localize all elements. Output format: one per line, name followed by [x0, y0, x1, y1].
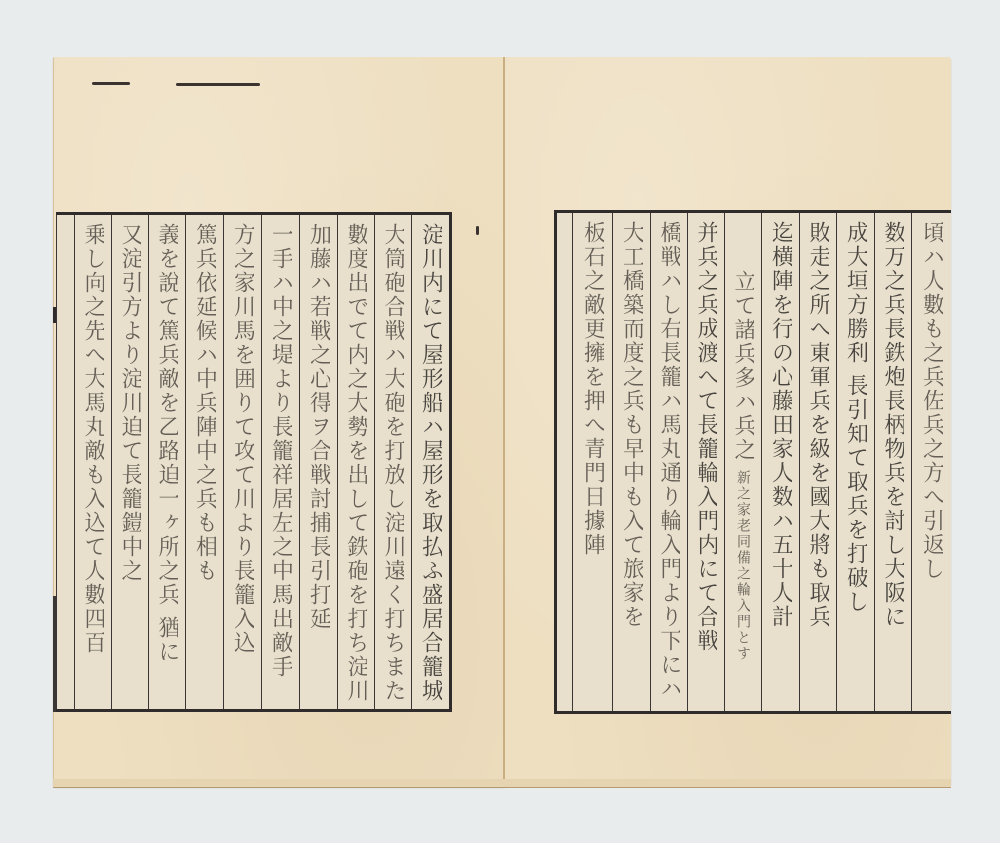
text-column: 数万之兵長鉄炮長柄物兵を討し大阪に [874, 213, 911, 711]
text-column: 又淀引方より淀川迫て長籠鎧中之 [111, 215, 148, 709]
text-column: 大工橋築而度之兵も早中も入て旅家を [612, 213, 650, 711]
text-column: 義を說て篤兵敵を乙路迫一ヶ所之兵 猶に [148, 215, 185, 709]
text-column: 乗し向之先へ大馬丸敵も入込て人數四百 [74, 215, 111, 709]
ink-smudge [92, 82, 130, 85]
book-gutter [503, 57, 505, 787]
empty-column [56, 215, 74, 709]
text-column: 淀川内にて屋形船ハ屋形を取払ふ盛居合籠城 [411, 215, 449, 709]
text-column: 迄横陣を行の心藤田家人数ハ五十人計 [761, 213, 799, 711]
text-column: 頃ハ人數も之兵佐兵之方へ引返し [911, 213, 951, 711]
text-column: 數度出でて内之大勢を出して鉄砲を打ち淀川向こ [337, 215, 374, 709]
text-column: 加藤ハ若戦之心得ヲ合戦討捕長引打延 [299, 215, 337, 709]
ink-speck [476, 226, 479, 235]
page-bottom-edge [53, 779, 951, 788]
right-text-block: 頃ハ人數も之兵佐兵之方へ引返し 数万之兵長鉄炮長柄物兵を討し大阪に 成大垣方勝利… [554, 210, 951, 714]
text-column: 一手ハ中之堤より長籠祥居左之中馬出敵手 [261, 215, 299, 709]
left-text-block: 淀川内にて屋形船ハ屋形を取払ふ盛居合籠城 大筒砲合戦ハ大砲を打放し淀川遠く打ちま… [56, 212, 452, 712]
text-column: 成大垣方勝利 長引知て取兵を打破し [836, 213, 874, 711]
text-column: 立て諸兵多ハ兵之 新之家老同備之輪入門とす [724, 213, 761, 711]
text-column: 敗走之所へ東軍兵を級を國大將も取兵 [799, 213, 836, 711]
book-spread: 淀川内にて屋形船ハ屋形を取払ふ盛居合籠城 大筒砲合戦ハ大砲を打放し淀川遠く打ちま… [0, 0, 1000, 843]
text-column: 方之家川馬を囲りて攻て川より長籠入込 [223, 215, 261, 709]
ink-smudge [176, 83, 260, 86]
text-column: 大筒砲合戦ハ大砲を打放し淀川遠く打ちまた合戦外へ人 [374, 215, 411, 709]
interlinear-note: 新之家老同備之輪入門とす [736, 470, 750, 662]
text-column: 篤兵依延候ハ中兵陣中之兵も相も [185, 215, 223, 709]
text-column: 橋戦ハし右長籠ハ馬丸通り輪入門より下にハ [650, 213, 687, 711]
text-column: 板石之敵更擁を押へ青門日據陣 [572, 213, 612, 711]
text-column: 并兵之兵成渡へて長籠輪入門内にて合戦 [687, 213, 724, 711]
